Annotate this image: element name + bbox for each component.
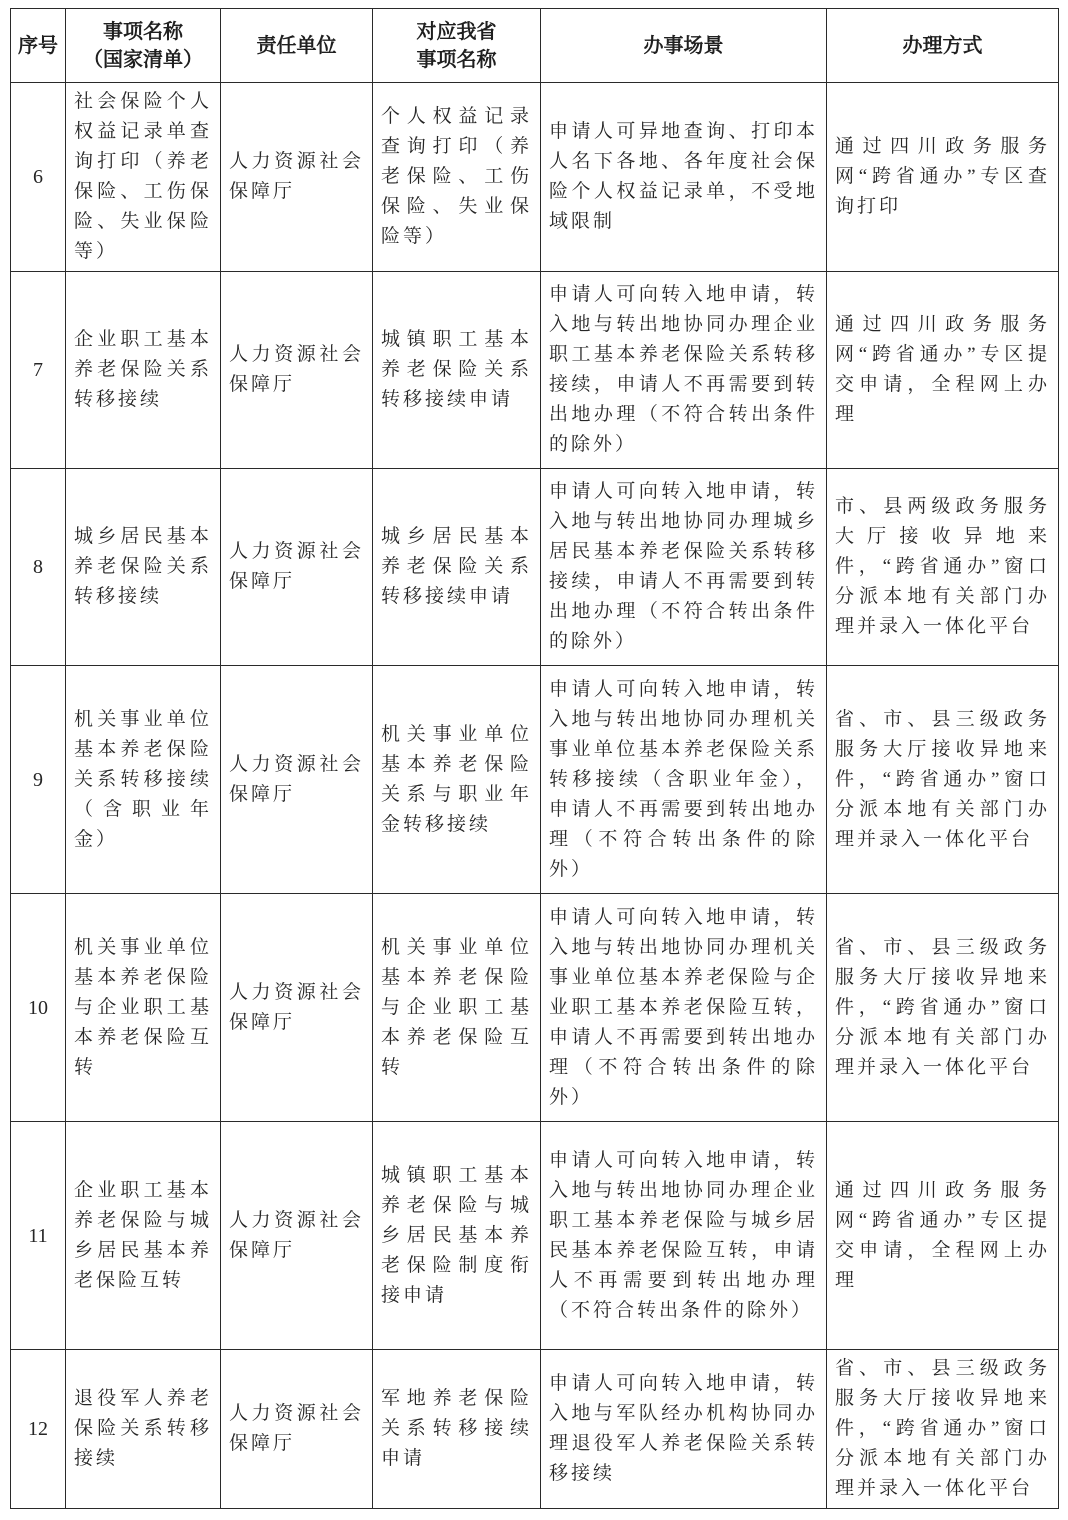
cell-responsible-unit: 人力资源社会保障厅 bbox=[221, 469, 373, 666]
document-page: 序号 事项名称 （国家清单） 责任单位 对应我省 事项名称 办事场景 办理方式 … bbox=[0, 0, 1068, 1520]
cell-provincial-item-name: 军地养老保险关系转移接续申请 bbox=[373, 1350, 541, 1509]
cell-service-scenario: 申请人可向转入地申请，转入地与转出地协同办理机关事业单位基本养老保险关系转移接续… bbox=[541, 666, 827, 894]
cell-seq: 8 bbox=[11, 469, 66, 666]
cell-seq: 6 bbox=[11, 83, 66, 272]
table-row: 12 退役军人养老保险关系转移接续 人力资源社会保障厅 军地养老保险关系转移接续… bbox=[11, 1350, 1059, 1509]
table-row: 9 机关事业单位基本养老保险关系转移接续（含职业年金） 人力资源社会保障厅 机关… bbox=[11, 666, 1059, 894]
cell-service-scenario: 申请人可异地查询、打印本人名下各地、各年度社会保险个人权益记录单，不受地域限制 bbox=[541, 83, 827, 272]
cell-seq: 9 bbox=[11, 666, 66, 894]
cell-provincial-item-name: 机关事业单位基本养老保险与企业职工基本养老保险互转 bbox=[373, 894, 541, 1122]
cross-province-service-items-table: 序号 事项名称 （国家清单） 责任单位 对应我省 事项名称 办事场景 办理方式 … bbox=[10, 8, 1059, 1509]
header-provincial-item-name: 对应我省 事项名称 bbox=[373, 9, 541, 83]
cell-item-name: 企业职工基本养老保险与城乡居民基本养老保险互转 bbox=[66, 1122, 221, 1350]
cell-item-name: 机关事业单位基本养老保险与企业职工基本养老保险互转 bbox=[66, 894, 221, 1122]
cell-handling-method: 通过四川政务服务网“跨省通办”专区提交申请，全程网上办理 bbox=[827, 1122, 1059, 1350]
cell-provincial-item-name: 个人权益记录查询打印（养老保险、工伤保险、失业保险等） bbox=[373, 83, 541, 272]
cell-responsible-unit: 人力资源社会保障厅 bbox=[221, 272, 373, 469]
header-item-name: 事项名称 （国家清单） bbox=[66, 9, 221, 83]
table-row: 7 企业职工基本养老保险关系转移接续 人力资源社会保障厅 城镇职工基本养老保险关… bbox=[11, 272, 1059, 469]
header-seq: 序号 bbox=[11, 9, 66, 83]
cell-item-name: 城乡居民基本养老保险关系转移接续 bbox=[66, 469, 221, 666]
cell-handling-method: 通过四川政务服务网“跨省通办”专区查询打印 bbox=[827, 83, 1059, 272]
cell-seq: 10 bbox=[11, 894, 66, 1122]
table-row: 10 机关事业单位基本养老保险与企业职工基本养老保险互转 人力资源社会保障厅 机… bbox=[11, 894, 1059, 1122]
table-header: 序号 事项名称 （国家清单） 责任单位 对应我省 事项名称 办事场景 办理方式 bbox=[11, 9, 1059, 83]
cell-service-scenario: 申请人可向转入地申请，转入地与转出地协同办理企业职工基本养老保险与城乡居民基本养… bbox=[541, 1122, 827, 1350]
cell-handling-method: 省、市、县三级政务服务大厅接收异地来件，“跨省通办”窗口分派本地有关部门办理并录… bbox=[827, 666, 1059, 894]
header-handling-method: 办理方式 bbox=[827, 9, 1059, 83]
header-service-scenario: 办事场景 bbox=[541, 9, 827, 83]
cell-responsible-unit: 人力资源社会保障厅 bbox=[221, 894, 373, 1122]
cell-seq: 7 bbox=[11, 272, 66, 469]
table-body: 6 社会保险个人权益记录单查询打印（养老保险、工伤保险、失业保险等） 人力资源社… bbox=[11, 83, 1059, 1509]
cell-responsible-unit: 人力资源社会保障厅 bbox=[221, 1350, 373, 1509]
header-responsible-unit: 责任单位 bbox=[221, 9, 373, 83]
cell-item-name: 退役军人养老保险关系转移接续 bbox=[66, 1350, 221, 1509]
cell-responsible-unit: 人力资源社会保障厅 bbox=[221, 666, 373, 894]
cell-service-scenario: 申请人可向转入地申请，转入地与转出地协同办理企业职工基本养老保险关系转移接续，申… bbox=[541, 272, 827, 469]
cell-handling-method: 省、市、县三级政务服务大厅接收异地来件，“跨省通办”窗口分派本地有关部门办理并录… bbox=[827, 894, 1059, 1122]
cell-item-name: 机关事业单位基本养老保险关系转移接续（含职业年金） bbox=[66, 666, 221, 894]
cell-seq: 11 bbox=[11, 1122, 66, 1350]
cell-handling-method: 省、市、县三级政务服务大厅接收异地来件，“跨省通办”窗口分派本地有关部门办理并录… bbox=[827, 1350, 1059, 1509]
cell-item-name: 社会保险个人权益记录单查询打印（养老保险、工伤保险、失业保险等） bbox=[66, 83, 221, 272]
table-row: 6 社会保险个人权益记录单查询打印（养老保险、工伤保险、失业保险等） 人力资源社… bbox=[11, 83, 1059, 272]
cell-handling-method: 通过四川政务服务网“跨省通办”专区提交申请，全程网上办理 bbox=[827, 272, 1059, 469]
cell-service-scenario: 申请人可向转入地申请，转入地与转出地协同办理机关事业单位基本养老保险与企业职工基… bbox=[541, 894, 827, 1122]
cell-provincial-item-name: 机关事业单位基本养老保险关系与职业年金转移接续 bbox=[373, 666, 541, 894]
cell-provincial-item-name: 城镇职工基本养老保险与城乡居民基本养老保险制度衔接申请 bbox=[373, 1122, 541, 1350]
cell-provincial-item-name: 城乡居民基本养老保险关系转移接续申请 bbox=[373, 469, 541, 666]
cell-responsible-unit: 人力资源社会保障厅 bbox=[221, 1122, 373, 1350]
table-row: 11 企业职工基本养老保险与城乡居民基本养老保险互转 人力资源社会保障厅 城镇职… bbox=[11, 1122, 1059, 1350]
cell-seq: 12 bbox=[11, 1350, 66, 1509]
cell-service-scenario: 申请人可向转入地申请，转入地与军队经办机构协同办理退役军人养老保险关系转移接续 bbox=[541, 1350, 827, 1509]
cell-item-name: 企业职工基本养老保险关系转移接续 bbox=[66, 272, 221, 469]
cell-handling-method: 市、县两级政务服务大厅接收异地来件，“跨省通办”窗口分派本地有关部门办理并录入一… bbox=[827, 469, 1059, 666]
cell-provincial-item-name: 城镇职工基本养老保险关系转移接续申请 bbox=[373, 272, 541, 469]
header-row: 序号 事项名称 （国家清单） 责任单位 对应我省 事项名称 办事场景 办理方式 bbox=[11, 9, 1059, 83]
cell-service-scenario: 申请人可向转入地申请，转入地与转出地协同办理城乡居民基本养老保险关系转移接续，申… bbox=[541, 469, 827, 666]
cell-responsible-unit: 人力资源社会保障厅 bbox=[221, 83, 373, 272]
table-row: 8 城乡居民基本养老保险关系转移接续 人力资源社会保障厅 城乡居民基本养老保险关… bbox=[11, 469, 1059, 666]
